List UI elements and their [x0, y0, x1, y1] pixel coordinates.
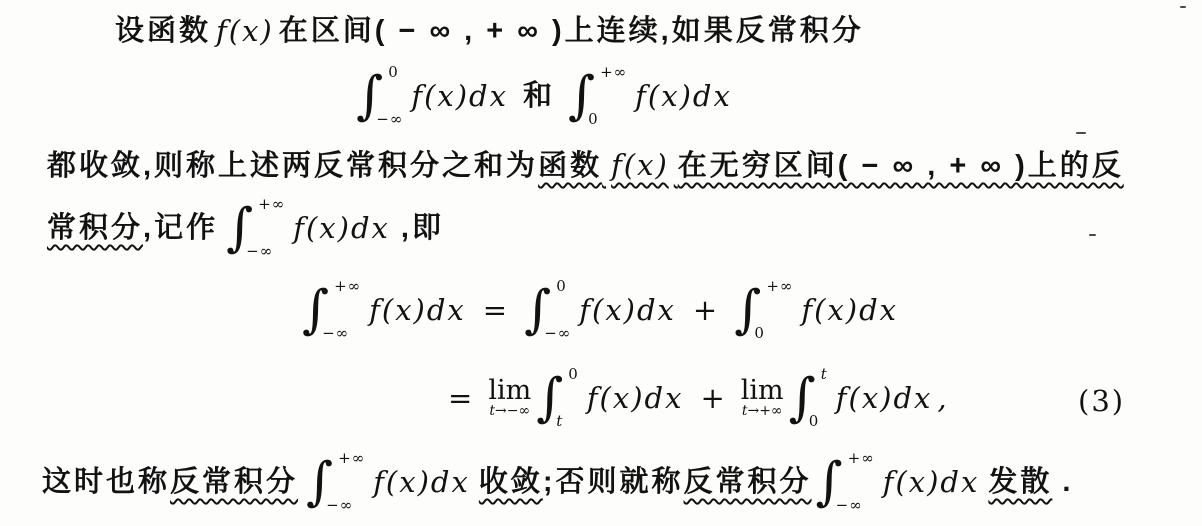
integral-0-to-pos-inf: ∫ +∞ 0: [734, 278, 793, 342]
integral-upper-limit: 0: [388, 65, 403, 80]
equals-sign: =: [448, 379, 474, 417]
integrand-1: f(x)dx: [411, 77, 508, 115]
textbook-page: 设函数 f(x) 在区间( − ∞ , + ∞ )上连续,如果反常积分 ∫ 0 …: [0, 0, 1202, 526]
integral-limits: +∞ 0: [761, 278, 793, 342]
integral-upper-limit: 0: [556, 279, 571, 294]
integral-neg-inf-to-0: ∫ 0 −∞: [356, 64, 403, 128]
trailing-comma: ,: [937, 379, 948, 417]
integral-limits: t 0: [816, 366, 828, 430]
scan-speck: [1076, 132, 1086, 134]
integrand-4: f(x)dx: [369, 291, 466, 329]
integral-lower-limit: −∞: [544, 326, 571, 341]
lim-subscript: t→+∞: [742, 404, 783, 419]
integral-limits: +∞ −∞: [253, 196, 285, 260]
intro-line: 设函数 f(x) 在区间( − ∞ , + ∞ )上连续,如果反常积分: [115, 12, 864, 50]
lim-word: lim: [741, 377, 784, 404]
equals-sign: =: [483, 291, 509, 329]
emphasis-improper-integral-2: 反常积分: [684, 463, 812, 501]
definition-line-1: 都收敛,则称上述两反常积分之和为 函数 f(x) 在无穷区间( − ∞ , + …: [47, 146, 1124, 185]
main-equation: ∫ +∞ −∞ f(x)dx = ∫ 0 −∞ f(x)dx + ∫ +∞ 0 …: [0, 278, 1202, 342]
integral-lower-limit: 0: [809, 414, 828, 429]
lim-subscript: t→−∞: [489, 404, 530, 419]
and-text: 和: [523, 77, 555, 115]
integral-lower-limit: −∞: [246, 244, 285, 259]
integral-lower-limit: −∞: [322, 326, 361, 341]
limit-operator-neg: lim t→−∞: [488, 377, 531, 419]
integral-lower-limit: 0: [754, 326, 793, 341]
emphasized-phrase: 函数 f(x) 在无穷区间( − ∞ , + ∞ )上的反: [538, 146, 1124, 185]
scan-speck: [1089, 234, 1096, 236]
integrand-5: f(x)dx: [579, 291, 676, 329]
integral-0-to-t: ∫ t 0: [789, 366, 828, 430]
integrand-10: f(x)dx: [883, 463, 980, 501]
integral-limits: 0 −∞: [551, 278, 571, 342]
integral-limits: +∞ −∞: [333, 450, 365, 514]
integral-neg-inf-to-pos-inf: ∫ +∞ −∞: [226, 196, 285, 260]
integral-lower-limit: 0: [588, 112, 627, 127]
integral-upper-limit: 0: [568, 367, 579, 382]
emphasis-converges: 收敛: [479, 463, 543, 501]
period-text: .: [1062, 463, 1073, 501]
integral-limits: +∞ −∞: [843, 450, 875, 514]
integrand-9: f(x)dx: [373, 463, 470, 501]
integral-upper-limit: +∞: [338, 451, 365, 466]
emphasis-improper-integral-1: 反常积分: [170, 463, 298, 501]
integral-upper-limit: +∞: [600, 65, 627, 80]
namely-text: ,即: [401, 209, 444, 247]
integral-lower-limit: −∞: [326, 498, 365, 513]
integral-upper-limit: +∞: [766, 279, 793, 294]
integral-neg-inf-to-pos-inf: ∫ +∞ −∞: [306, 450, 365, 514]
integral-upper-limit: +∞: [258, 197, 285, 212]
lim-word: lim: [488, 377, 531, 404]
limit-operator-pos: lim t→+∞: [741, 377, 784, 419]
integral-0-to-pos-inf: ∫ +∞ 0: [568, 64, 627, 128]
emphasis-text-1: 函数: [538, 150, 602, 182]
notation-text: ,记作: [143, 209, 218, 247]
integral-limits: +∞ 0: [595, 64, 627, 128]
emphasis-text-2: 在无穷区间( − ∞ , + ∞ )上的反: [678, 150, 1124, 182]
integral-neg-inf-to-0: ∫ 0 −∞: [524, 278, 571, 342]
integral-lower-limit: t: [556, 414, 579, 429]
limit-equation: = lim t→−∞ ∫ 0 t f(x)dx + lim t→+∞ ∫ t 0…: [448, 366, 954, 430]
conclusion-text-2: ;否则就称: [543, 463, 684, 501]
integral-neg-inf-to-pos-inf: ∫ +∞ −∞: [816, 450, 875, 514]
integrand-2: f(x)dx: [635, 77, 732, 115]
integral-upper-limit: +∞: [848, 451, 875, 466]
definition-text: 都收敛,则称上述两反常积分之和为: [47, 147, 538, 185]
fx-inline-1: f(x): [216, 12, 274, 50]
display-equation-pair: ∫ 0 −∞ f(x)dx 和 ∫ +∞ 0 f(x)dx: [0, 64, 1146, 128]
integral-limits: 0 −∞: [383, 64, 403, 128]
emphasis-text-3: 常积分: [47, 209, 143, 247]
equation-number: (3): [1078, 384, 1125, 418]
integral-limits: 0 t: [563, 366, 579, 430]
integral-lower-limit: −∞: [836, 498, 875, 513]
plus-sign: +: [693, 291, 719, 329]
integrand-6: f(x)dx: [801, 291, 898, 329]
definition-line-2: 常积分 ,记作 ∫ +∞ −∞ f(x)dx ,即: [47, 196, 444, 260]
conclusion-text-1: 这时也称: [42, 463, 170, 501]
intro-text-2: 在区间( − ∞ , + ∞ )上连续,如果反常积分: [279, 12, 864, 50]
integral-t-to-0: ∫ 0 t: [536, 366, 579, 430]
integral-upper-limit: +∞: [334, 279, 361, 294]
integral-neg-inf-to-pos-inf: ∫ +∞ −∞: [302, 278, 361, 342]
emphasis-diverges: 发散: [988, 463, 1052, 501]
scan-speck: [1180, 6, 1186, 8]
integral-upper-limit: t: [821, 367, 828, 382]
integrand-7: f(x)dx: [587, 379, 684, 417]
integrand-8: f(x)dx: [836, 379, 933, 417]
fx-inline-2: f(x): [611, 148, 669, 182]
integral-limits: +∞ −∞: [329, 278, 361, 342]
plus-sign: +: [700, 379, 726, 417]
conclusion-line: 这时也称 反常积分 ∫ +∞ −∞ f(x)dx 收敛 ;否则就称 反常积分 ∫…: [42, 450, 1073, 514]
integrand-3: f(x)dx: [293, 209, 390, 247]
integral-lower-limit: −∞: [376, 112, 403, 127]
intro-text-1: 设函数: [115, 12, 211, 50]
